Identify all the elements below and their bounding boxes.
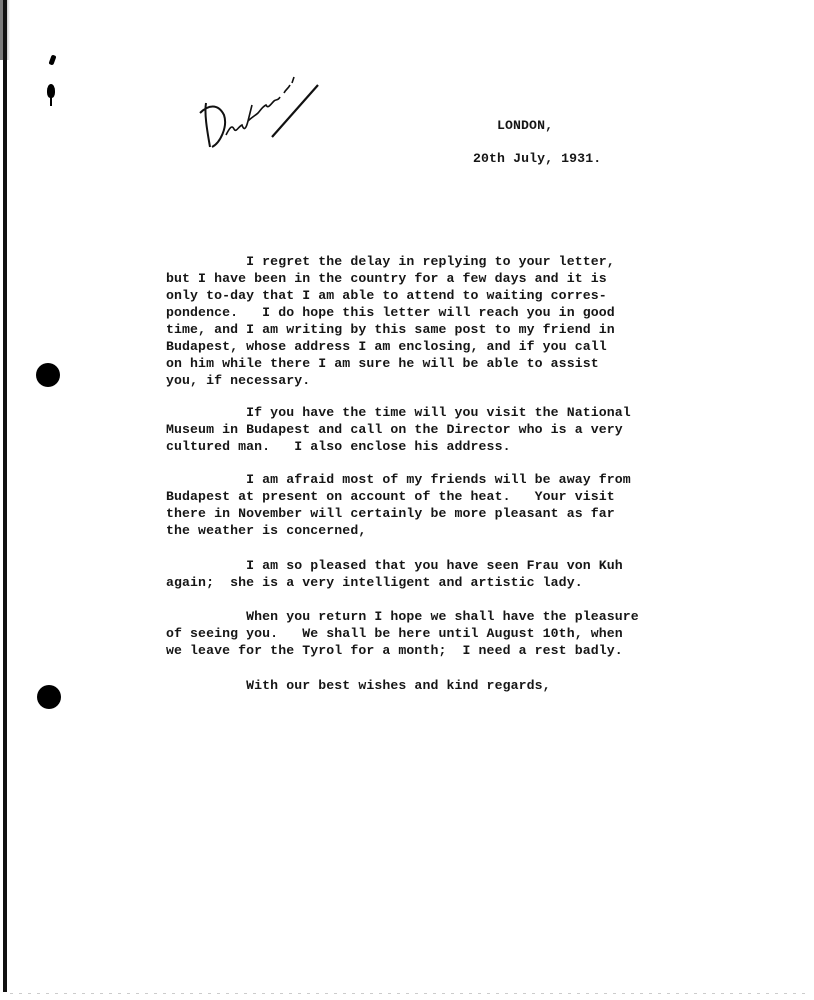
text-line: on him while there I am sure he will be …	[166, 356, 599, 371]
letter-place: LONDON,	[497, 118, 553, 133]
text-line: pondence. I do hope this letter will rea…	[166, 305, 615, 320]
text-line: we leave for the Tyrol for a month; I ne…	[166, 643, 623, 658]
text-line: again; she is a very intelligent and art…	[166, 575, 583, 590]
text-line: I regret the delay in replying to your l…	[166, 254, 615, 269]
text-line: there in November will certainly be more…	[166, 506, 615, 521]
text-line: Budapest, whose address I am enclosing, …	[166, 339, 607, 354]
text-line: If you have the time will you visit the …	[166, 405, 631, 420]
text-line: time, and I am writing by this same post…	[166, 322, 615, 337]
text-line: you, if necessary.	[166, 373, 310, 388]
text-line: I am afraid most of my friends will be a…	[166, 472, 631, 487]
text-line: of seeing you. We shall be here until Au…	[166, 626, 623, 641]
binder-mark-stem	[50, 96, 52, 106]
text-line: With our best wishes and kind regards,	[166, 678, 551, 693]
text-line: but I have been in the country for a few…	[166, 271, 607, 286]
scan-bottom-artifact	[10, 993, 810, 994]
text-line: Museum in Budapest and call on the Direc…	[166, 422, 623, 437]
text-line: cultured man. I also enclose his address…	[166, 439, 511, 454]
text-line: I am so pleased that you have seen Frau …	[166, 558, 623, 573]
handwritten-annotation	[198, 55, 328, 155]
binder-mark-small	[48, 54, 56, 65]
page-left-edge	[3, 0, 7, 992]
text-line: When you return I hope we shall have the…	[166, 609, 639, 624]
letter-date: 20th July, 1931.	[473, 151, 601, 166]
text-line: the weather is concerned,	[166, 523, 366, 538]
text-line: Budapest at present on account of the he…	[166, 489, 615, 504]
letter-page: LONDON, 20th July, 1931. I regret the de…	[0, 0, 814, 1000]
text-line: only to-day that I am able to attend to …	[166, 288, 607, 303]
punch-hole-lower	[37, 685, 61, 709]
punch-hole-upper	[36, 363, 60, 387]
